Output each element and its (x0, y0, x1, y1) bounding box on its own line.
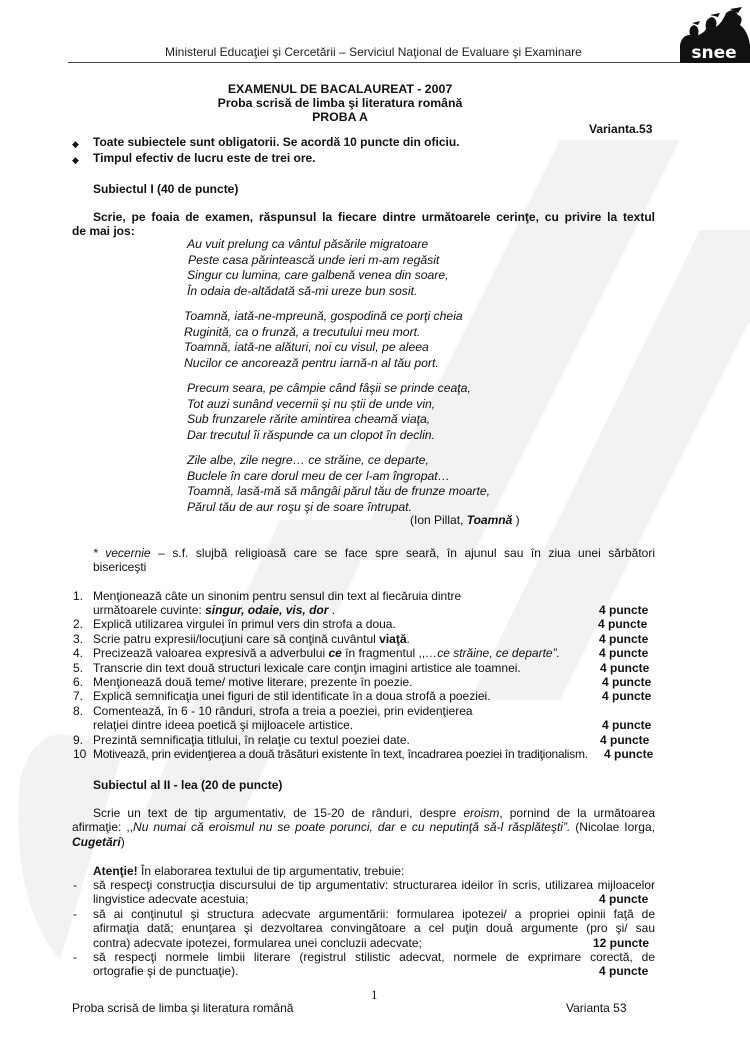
poem-stanza-4: Zile albe, zile negre… ce străine, ce de… (187, 453, 490, 515)
item-3-points: 4 puncte (599, 632, 648, 646)
criterion-2-text-cont2: contra) adecvate ipotezei, formularea un… (93, 936, 422, 950)
subject2-prompt: Scrie un text de tip argumentativ, de 15… (93, 806, 655, 820)
item-5-points: 4 puncte (600, 661, 649, 675)
item-number: 5. (73, 661, 83, 675)
criterion-3-text: să respecţi normele limbii literare (reg… (93, 950, 655, 964)
item-number: 7. (73, 689, 83, 703)
rule-1: Toate subiectele sunt obligatorii. Se ac… (93, 135, 460, 149)
item-1-text-cont: următoarele cuvinte: singur, odaie, vis,… (93, 603, 335, 617)
criterion-2-text: să ai conţinutul şi structura adecvate a… (93, 907, 655, 921)
item-7-text: Explică semnificaţia unei figuri de stil… (93, 689, 491, 703)
subject2-heading: Subiectul al II - lea (20 de puncte) (93, 778, 282, 792)
item-8-text-cont: relaţiei dintre ideea poetică şi mijloac… (93, 718, 353, 732)
footer-left: Proba scrisă de limba şi literatura româ… (72, 1001, 293, 1015)
dash-icon: - (73, 907, 77, 921)
variant-label: Varianta.53 (589, 122, 652, 136)
subject1-instruction: Scrie, pe foaia de examen, răspunsul la … (93, 210, 655, 224)
item-2-text: Explică utilizarea virgulei în primul ve… (93, 617, 396, 631)
item-2-points: 4 puncte (598, 617, 647, 631)
item-1-points: 4 puncte (599, 603, 648, 617)
item-9-text: Prezintă semnificaţia titlului, în relaţ… (93, 733, 410, 747)
header-institution: Ministerul Educaţiei şi Cercetării – Ser… (165, 45, 582, 59)
subject2-prompt-source: Cugetări) (72, 835, 125, 849)
item-8-points: 4 puncte (602, 718, 651, 732)
item-number: 3. (73, 632, 83, 646)
footnote: * vecernie – s.f. slujbă religioasă care… (93, 546, 655, 560)
item-number: 10 (73, 747, 86, 761)
criterion-2-text-cont: afirmaţia dată; enunţarea şi dezvoltarea… (93, 921, 655, 935)
attention-note: Atenţie! În elaborarea textului de tip a… (93, 864, 404, 878)
exam-subtitle: Proba scrisă de limba şi literatura româ… (0, 96, 680, 110)
item-number: 8. (73, 704, 83, 718)
svg-text:snee: snee (691, 43, 736, 63)
snee-logo-icon: snee (678, 5, 750, 63)
page-number: 1 (371, 987, 378, 1003)
bullet-icon: ◆ (72, 155, 79, 166)
item-number: 4. (73, 646, 83, 660)
criterion-1-points: 4 puncte (599, 892, 648, 906)
item-4-text: Precizează valoarea expresivă a adverbul… (93, 646, 560, 660)
item-8-text: Comentează, în 6 - 10 rânduri, strofa a … (93, 704, 473, 718)
item-4-points: 4 puncte (599, 646, 648, 660)
criterion-1-text: să respecţi construcţia discursului de t… (93, 878, 655, 892)
item-10-text: Motivează, prin evidenţierea a două trăs… (93, 747, 588, 761)
item-number: 6. (73, 675, 83, 689)
criterion-3-points: 4 puncte (599, 964, 648, 978)
item-6-text: Menţionează două teme/ motive literare, … (93, 675, 413, 689)
poem-attribution: (Ion Pillat, Toamnă ) (410, 513, 520, 527)
footer-right: Varianta 53 (566, 1001, 627, 1015)
poem-stanza-1: Au vuit prelung ca vântul păsările migra… (187, 237, 449, 299)
subject1-instruction-cont: de mai jos: (72, 224, 135, 238)
dash-icon: - (73, 878, 77, 892)
bullet-icon: ◆ (72, 139, 79, 150)
criterion-2-points: 12 puncte (593, 936, 649, 950)
item-6-points: 4 puncte (602, 675, 651, 689)
item-number: 9. (73, 733, 83, 747)
item-5-text: Transcrie din text două structuri lexica… (93, 661, 521, 675)
subject2-prompt-cont: afirmaţie: ,,Nu numai că eroismul nu se … (72, 820, 655, 834)
dash-icon: - (73, 950, 77, 964)
header-divider (68, 62, 680, 63)
poem-stanza-3: Precum seara, pe câmpie când fâşii se pr… (187, 381, 471, 443)
exam-proba: PROBA A (0, 110, 680, 124)
exam-title: EXAMENUL DE BACALAUREAT - 2007 (0, 82, 680, 96)
item-10-points: 4 puncte (604, 747, 653, 761)
footnote-cont: bisericeşti (93, 560, 146, 574)
item-3-text: Scrie patru expresii/locuţiuni care să c… (93, 632, 410, 646)
subject1-heading: Subiectul I (40 de puncte) (93, 182, 238, 196)
item-7-points: 4 puncte (602, 689, 651, 703)
criterion-1-text-cont: lingvistice adecvate acestuia; (93, 892, 248, 906)
criterion-3-text-cont: ortografie şi de punctuaţie). (93, 964, 238, 978)
item-9-points: 4 puncte (600, 733, 649, 747)
item-1-text: Menţionează câte un sinonim pentru sensu… (93, 589, 461, 603)
item-number: 1. (73, 589, 83, 603)
item-number: 2. (73, 617, 83, 631)
poem-stanza-2: Toamnă, iată-ne-mpreună, gospodină ce po… (184, 309, 463, 371)
rule-2: Timpul efectiv de lucru este de trei ore… (93, 151, 316, 165)
